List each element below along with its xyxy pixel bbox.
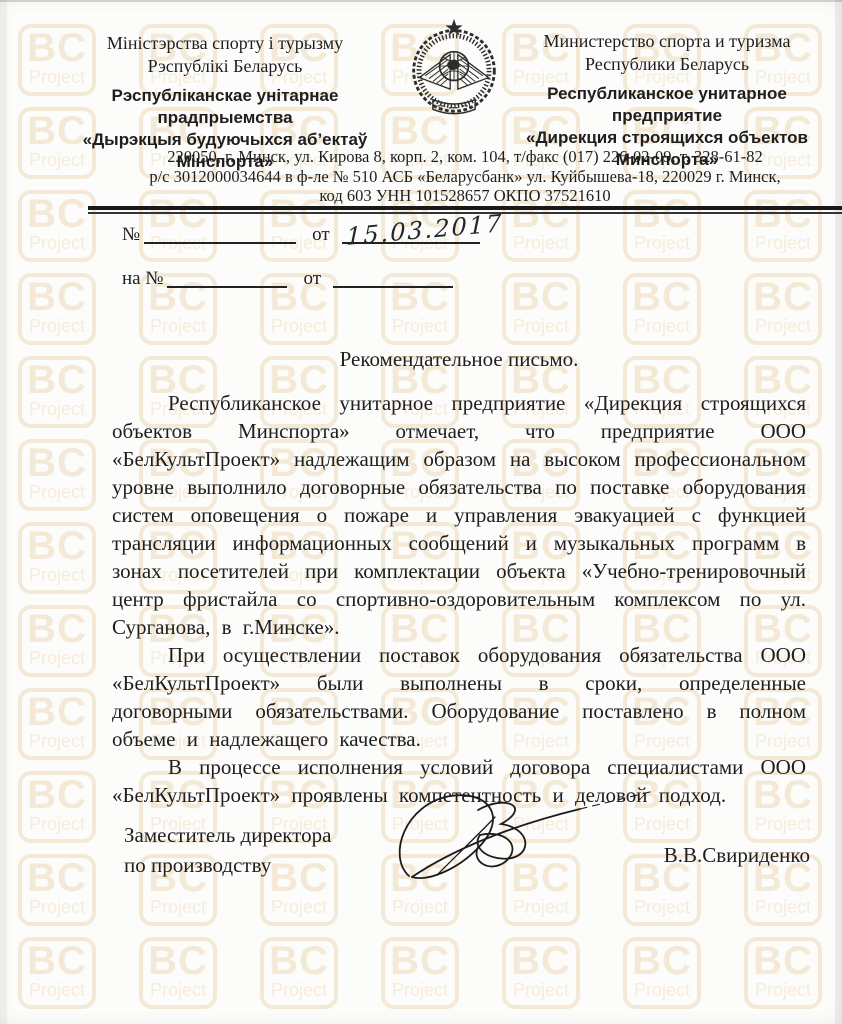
watermark-bc-text: BC [22,693,92,731]
watermark-bc-text: BC [22,195,92,233]
watermark-badge: BCProject [502,937,580,1009]
watermark-project-text: Project [22,814,92,834]
watermark-bc-text: BC [22,278,92,316]
incoming-date-blank [333,266,453,288]
watermark-bc-text: BC [22,361,92,399]
watermark-project-text: Project [264,980,334,1000]
watermark-bc-text: BC [748,278,818,316]
watermark-project-text: Project [22,980,92,1000]
watermark-project-text: Project [627,980,697,1000]
handwritten-signature [382,780,672,900]
watermark-project-text: Project [22,731,92,751]
watermark-badge: BCProject [502,273,580,345]
letter-title: Рекомендательное письмо. [112,347,806,372]
signer-name: В.В.Свириденко [520,843,810,868]
watermark-badge: BCProject [744,937,822,1009]
watermark-project-text: Project [748,897,818,917]
ministry-ru-line1: Министерство спорта и туризма [496,30,838,53]
ministry-ru-line2: Республики Беларусь [496,53,838,76]
watermark-project-text: Project [264,897,334,917]
watermark-bc-text: BC [143,942,213,980]
ministry-name-ru: Министерство спорта и туризма Республики… [496,30,838,76]
org-by-line1: Рэспубліканскае унітарнае прадпрыемства [46,85,404,129]
watermark-badge: BCProject [18,522,96,594]
watermark-badge: BCProject [381,937,459,1009]
watermark-badge: BCProject [18,771,96,843]
watermark-project-text: Project [748,980,818,1000]
watermark-project-text: Project [385,980,455,1000]
watermark-bc-text: BC [22,859,92,897]
ministry-by-line2: Рэспублікі Беларусь [46,55,404,78]
watermark-bc-text: BC [22,942,92,980]
scan-left-edge [0,0,7,1024]
watermark-project-text: Project [748,316,818,336]
watermark-project-text: Project [22,233,92,253]
watermark-bc-text: BC [22,776,92,814]
incoming-reference-row: на №от [122,266,453,290]
letter-page: BCProjectBCProjectBCProjectBCProjectBCPr… [0,0,842,1024]
belarus-coat-of-arms-icon [406,18,502,118]
ministry-name-by: Міністэрства спорту і турызму Рэспублікі… [46,32,404,78]
body-paragraph-2: При осуществлении поставок оборудования … [112,641,806,753]
ministry-by-line1: Міністэрства спорту і турызму [46,32,404,55]
watermark-project-text: Project [22,399,92,419]
watermark-project-text: Project [22,482,92,502]
watermark-project-text: Project [506,233,576,253]
watermark-badge: BCProject [260,937,338,1009]
watermark-badge: BCProject [18,605,96,677]
watermark-bc-text: BC [22,527,92,565]
signer-position: Заместитель директора по производству [124,820,331,880]
watermark-badge: BCProject [139,937,217,1009]
watermark-project-text: Project [627,233,697,253]
watermark-project-text: Project [627,316,697,336]
watermark-badge: BCProject [18,688,96,760]
watermark-project-text: Project [143,980,213,1000]
number-label: № [122,224,140,245]
letter-body: Республиканское унитарное предприятие «Д… [112,389,806,809]
body-paragraph-1: Республиканское унитарное предприятие «Д… [112,389,806,641]
outgoing-date-line: 15.03.2017 [342,222,480,244]
watermark-project-text: Project [506,980,576,1000]
watermark-project-text: Project [143,897,213,917]
divider-thick-line [88,206,842,210]
watermark-project-text: Project [22,316,92,336]
org-ru-line2: «Дирекция строящихся объектов [496,127,838,149]
incoming-number-blank [167,266,287,288]
watermark-project-text: Project [506,316,576,336]
contact-bank-line: р/с 3012000034644 в ф-ле № 510 АСБ «Бела… [115,167,815,187]
watermark-bc-text: BC [22,610,92,648]
watermark-badge: BCProject [623,273,701,345]
watermark-project-text: Project [22,565,92,585]
watermark-badge: BCProject [18,937,96,1009]
watermark-project-text: Project [22,897,92,917]
contact-codes-line: код 603 УНН 101528657 ОКПО 37521610 [115,186,815,206]
watermark-project-text: Project [627,897,697,917]
watermark-badge: BCProject [744,273,822,345]
watermark-bc-text: BC [385,942,455,980]
watermark-project-text: Project [748,814,818,834]
watermark-project-text: Project [143,316,213,336]
watermark-project-text: Project [385,316,455,336]
scan-top-edge [0,0,842,2]
watermark-bc-text: BC [748,942,818,980]
contact-details: 220050, г. Минск, ул. Кирова 8, корп. 2,… [115,147,815,206]
watermark-project-text: Project [748,233,818,253]
from-label: от [312,224,330,245]
watermark-project-text: Project [22,648,92,668]
watermark-project-text: Project [264,316,334,336]
watermark-bc-text: BC [506,278,576,316]
scan-right-edge [835,0,842,1024]
reply-number-label: на № [122,268,163,289]
contact-address-line: 220050, г. Минск, ул. Кирова 8, корп. 2,… [115,147,815,167]
outgoing-reference-row: №от15.03.2017 [122,222,480,246]
watermark-badge: BCProject [18,190,96,262]
watermark-bc-text: BC [22,444,92,482]
org-ru-line1: Республиканское унитарное предприятие [496,83,838,127]
signer-position-line1: Заместитель директора [124,820,331,850]
watermark-bc-text: BC [506,942,576,980]
watermark-badge: BCProject [623,937,701,1009]
watermark-bc-text: BC [264,942,334,980]
watermark-badge: BCProject [18,273,96,345]
outgoing-number-blank [144,222,296,244]
from-label-2: от [303,268,321,289]
watermark-badge: BCProject [18,356,96,428]
watermark-badge: BCProject [18,854,96,926]
watermark-project-text: Project [385,897,455,917]
watermark-bc-text: BC [627,942,697,980]
watermark-bc-text: BC [627,278,697,316]
watermark-badge: BCProject [18,439,96,511]
signer-position-line2: по производству [124,850,331,880]
watermark-project-text: Project [506,897,576,917]
